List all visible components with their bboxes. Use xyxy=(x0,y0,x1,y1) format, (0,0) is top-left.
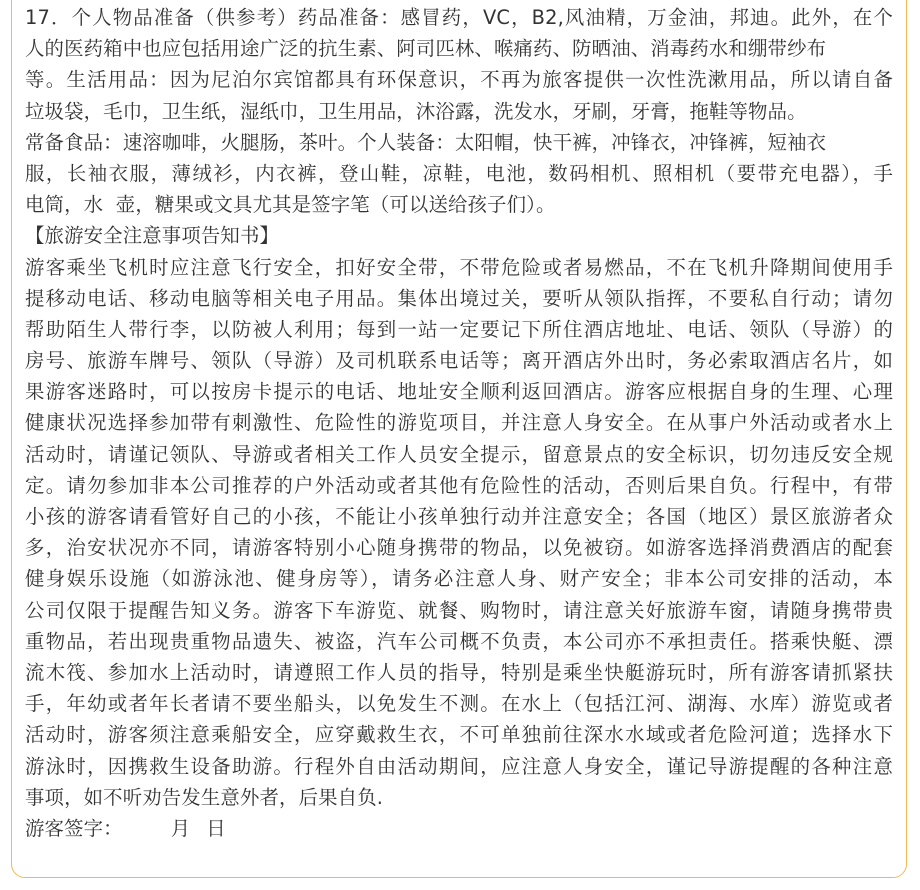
signature-line: 游客签字：月日 xyxy=(25,813,893,844)
signature-label: 游客签字： xyxy=(25,817,123,840)
signature-month: 月 xyxy=(171,817,191,840)
paragraph-line: 服，长袖衣服，薄绒衫，内衣裤，登山鞋，凉鞋，电池，数码相机、照相机（要带充电器）… xyxy=(25,158,893,189)
paragraph-line: 手，年幼或者年长者请不要坐船头，以免发生不测。在水上（包括江河、湖海、水库）游览… xyxy=(25,688,893,719)
paragraph-line: 活动时，游客须注意乘船安全，应穿戴救生衣，不可单独前往深水水域或者危险河道；选择… xyxy=(25,719,893,750)
section-title: 【旅游安全注意事项告知书】 xyxy=(25,220,893,251)
section-safety-notice: 【旅游安全注意事项告知书】 游客乘坐飞机时应注意飞行安全，扣好安全带，不带危险或… xyxy=(25,220,893,813)
paragraph-line: 健身娱乐设施（如游泳池、健身房等），请务必注意人身、财产安全；非本公司安排的活动… xyxy=(25,563,893,594)
paragraph-line: 果游客迷路时，可以按房卡提示的电话、地址安全顺利返回酒店。游客应根据自身的生理、… xyxy=(25,376,893,407)
paragraph-line: 常备食品：速溶咖啡，火腿肠，茶叶。个人装备：太阳帽，快干裤，冲锋衣，冲锋裤，短袖… xyxy=(25,127,893,158)
paragraph-line: 提移动电话、移动电脑等相关电子用品。集体出境过关，要听从领队指挥，不要私自行动；… xyxy=(25,283,893,314)
paragraph-line: 小孩的游客请看管好自己的小孩，不能让小孩单独行动并注意安全；各国（地区）景区旅游… xyxy=(25,501,893,532)
paragraph-line: 人的医药箱中也应包括用途广泛的抗生素、阿司匹林、喉痛药、防晒油、消毒药水和绷带纱… xyxy=(25,33,893,64)
paragraph-line: 活动时，请谨记领队、导游或者相关工作人员安全提示，留意景点的安全标识，切勿违反安… xyxy=(25,439,893,470)
paragraph-line: 房号、旅游车牌号、领队（导游）及司机联系电话等；离开酒店外出时，务必索取酒店名片… xyxy=(25,345,893,376)
paragraph-line: 帮助陌生人带行李，以防被人利用；每到一站一定要记下所住酒店地址、电话、领队（导游… xyxy=(25,314,893,345)
paragraph-line: 定。请勿参加非本公司推荐的户外活动或者其他有危险性的活动，否则后果自负。行程中，… xyxy=(25,470,893,501)
paragraph-line: 重物品，若出现贵重物品遗失、被盗，汽车公司概不负责，本公司亦不承担责任。搭乘快艇… xyxy=(25,626,893,657)
paragraph-line: 事项，如不听劝告发生意外者，后果自负. xyxy=(25,782,893,813)
document-content: 17．个人物品准备（供参考）药品准备：感冒药，VC，B2,风油精，万金油，邦迪。… xyxy=(25,2,893,844)
paragraph-line: 游泳时，因携救生设备助游。行程外自由活动期间，应注意人身安全，谨记导游提醒的各种… xyxy=(25,751,893,782)
paragraph-line: 公司仅限于提醒告知义务。游客下车游览、就餐、购物时，请注意关好旅游车窗，请随身携… xyxy=(25,595,893,626)
paragraph-line: 游客乘坐飞机时应注意飞行安全，扣好安全带，不带危险或者易燃品，不在飞机升降期间使… xyxy=(25,252,893,283)
paragraph-line: 流木筏、参加水上活动时，请遵照工作人员的指导，特别是乘坐快艇游玩时，所有游客请抓… xyxy=(25,657,893,688)
paragraph-line: 电筒，水 壶，糖果或文具尤其是签字笔（可以送给孩子们）。 xyxy=(25,189,893,220)
paragraph-line: 17．个人物品准备（供参考）药品准备：感冒药，VC，B2,风油精，万金油，邦迪。… xyxy=(25,2,893,33)
paragraph-line: 等。生活用品：因为尼泊尔宾馆都具有环保意识，不再为旅客提供一次性洗漱用品，所以请… xyxy=(25,64,893,95)
signature-day: 日 xyxy=(206,817,226,840)
paragraph-line: 多，治安状况亦不同，请游客特别小心随身携带的物品，以免被窃。如游客选择消费酒店的… xyxy=(25,532,893,563)
paragraph-line: 健康状况选择参加带有刺激性、危险性的游览项目，并注意人身安全。在从事户外活动或者… xyxy=(25,407,893,438)
section-personal-items: 17．个人物品准备（供参考）药品准备：感冒药，VC，B2,风油精，万金油，邦迪。… xyxy=(25,2,893,220)
paragraph-line: 垃圾袋，毛巾，卫生纸，湿纸巾，卫生用品，沐浴露，洗发水，牙刷，牙膏，拖鞋等物品。 xyxy=(25,96,893,127)
